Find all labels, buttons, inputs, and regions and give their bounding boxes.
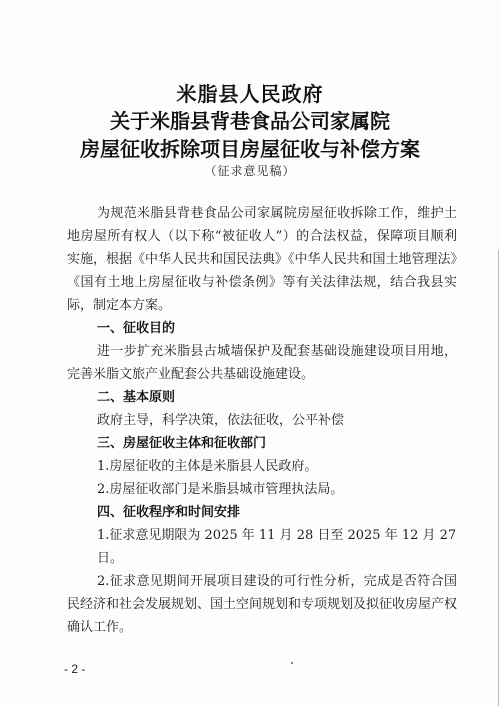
subject-item-2: 2.房屋征收部门是米脂县城市管理执法局。 (67, 478, 457, 501)
subject-item-1: 1.房屋征收的主体是米脂县人民政府。 (67, 455, 457, 478)
principles-paragraph: 政府主导，科学决策，依法征收，公平补偿 (67, 409, 457, 432)
page-edge-line (498, 250, 499, 706)
section-heading-procedure-schedule: 四、征收程序和时间安排 (67, 501, 457, 524)
draft-subtitle: （征求意见稿） (0, 162, 500, 179)
document-body: 为规范米脂县背巷食品公司家属院房屋征收拆除工作，维护土地房屋所有权人（以下称“被… (67, 202, 457, 639)
procedure-item-1: 1.征求意见期限为 2025 年 11 月 28 日至 2025 年 12 月 … (67, 524, 457, 570)
section-heading-principles: 二、基本原则 (67, 386, 457, 409)
issuer-title: 米脂县人民政府 (0, 78, 500, 107)
page-number: - 2 - (64, 662, 85, 676)
section-heading-subject-department: 三、房屋征收主体和征收部门 (67, 432, 457, 455)
document-title-line-1: 关于米脂县背巷食品公司家属院 (0, 105, 500, 134)
document-title-line-2: 房屋征收拆除项目房屋征收与补偿方案 (0, 133, 500, 162)
scan-speck (291, 662, 293, 664)
procedure-item-2: 2.征求意见期间开展项目建设的可行性分析，完成是否符合国民经济和社会发展规划、国… (67, 570, 457, 639)
intro-paragraph: 为规范米脂县背巷食品公司家属院房屋征收拆除工作，维护土地房屋所有权人（以下称“被… (67, 202, 457, 317)
purpose-paragraph: 进一步扩充米脂县古城墙保护及配套基础设施建设项目用地，完善米脂文旅产业配套公共基… (67, 340, 457, 386)
section-heading-purpose: 一、征收目的 (67, 317, 457, 340)
document-page: 米脂县人民政府 关于米脂县背巷食品公司家属院 房屋征收拆除项目房屋征收与补偿方案… (0, 0, 500, 706)
